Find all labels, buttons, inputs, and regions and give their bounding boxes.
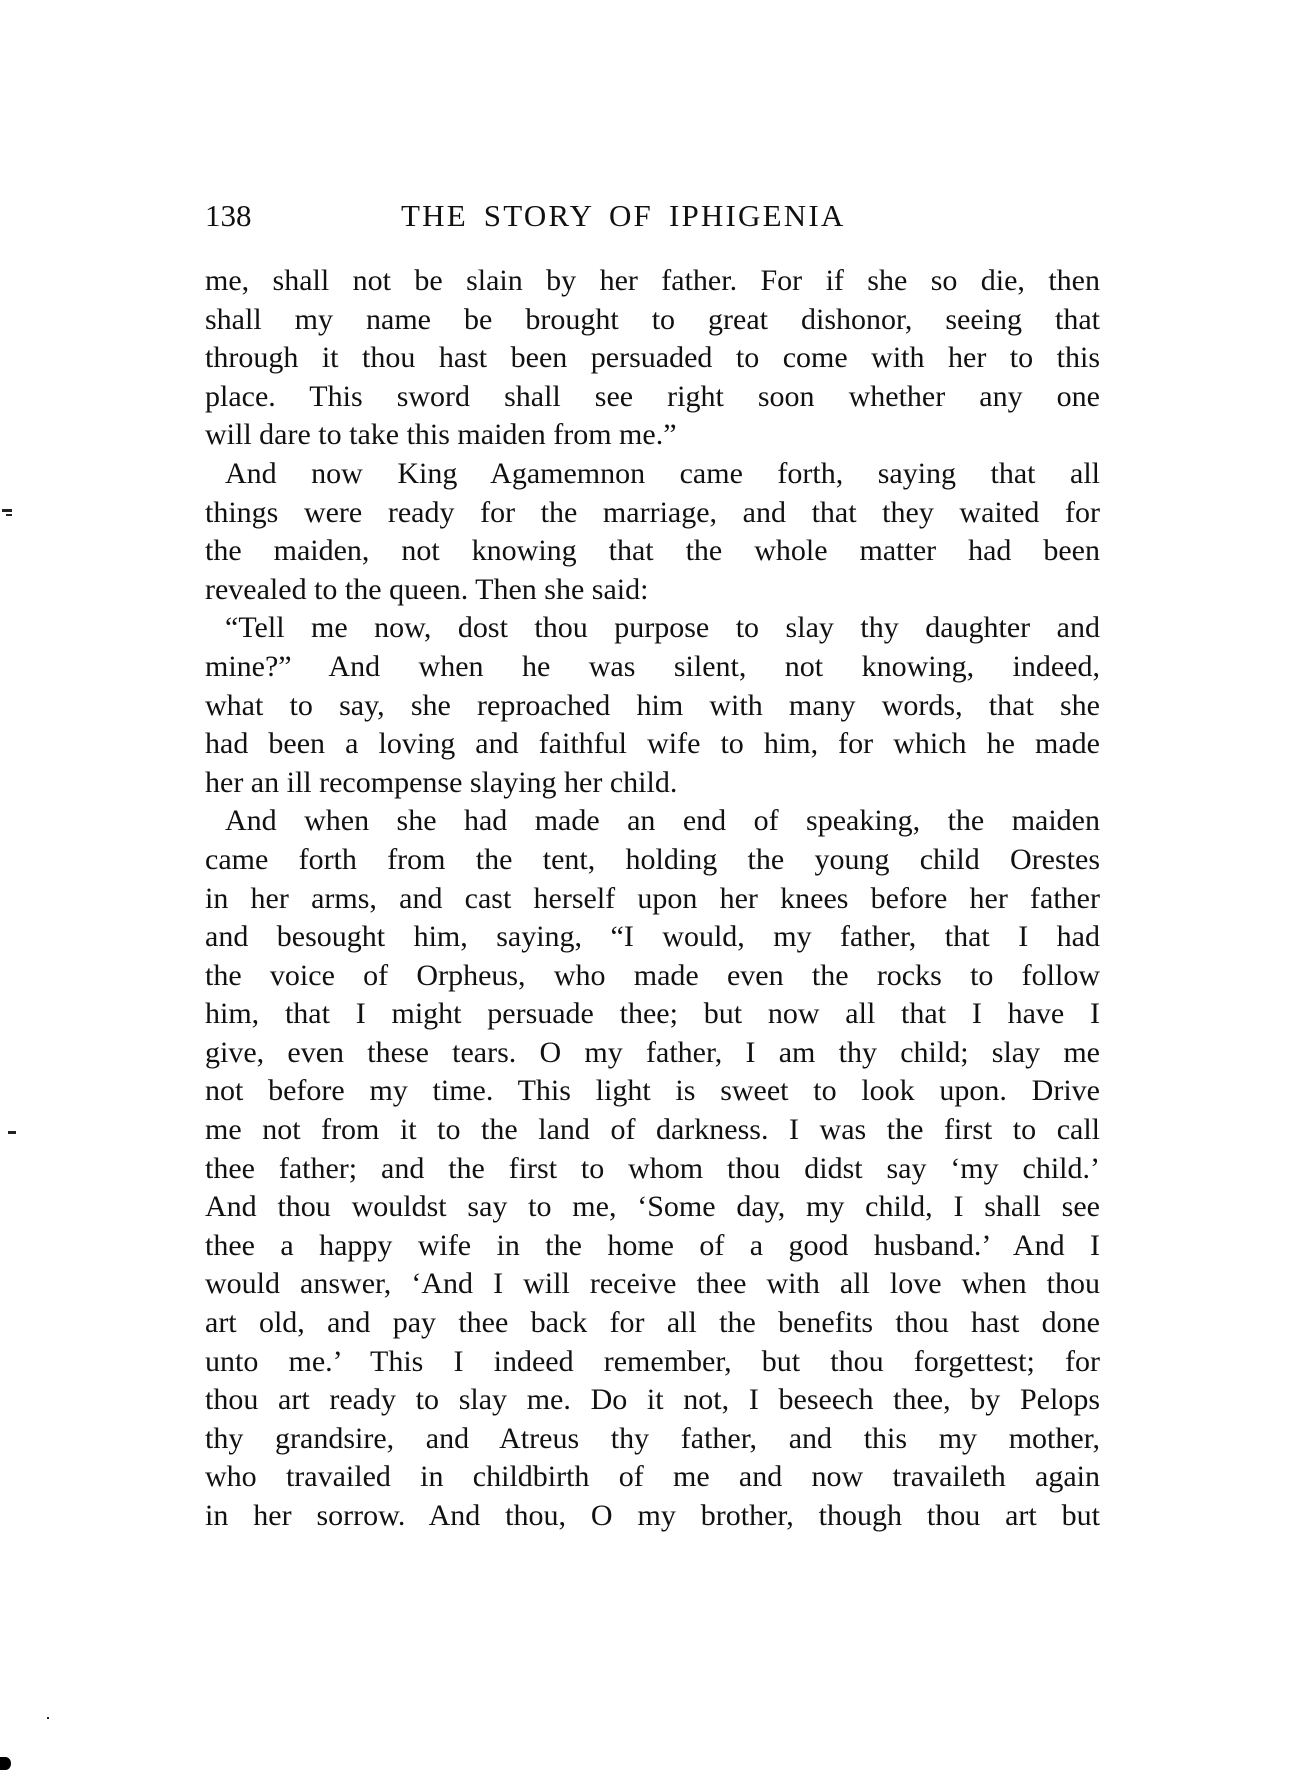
text-line: the maiden, not knowing that the whole m… — [205, 532, 1100, 571]
text-line: me not from it to the land of darkness. … — [205, 1111, 1100, 1150]
text-line: would answer, ‘And I will receive thee w… — [205, 1265, 1100, 1304]
text-line: came forth from the tent, holding the yo… — [205, 841, 1100, 880]
scan-speck — [2, 509, 12, 512]
text-line: mine?” And when he was silent, not knowi… — [205, 648, 1100, 687]
text-line: And now King Agamemnon came forth, sayin… — [205, 455, 1100, 494]
text-line: will dare to take this maiden from me.” — [205, 416, 1100, 455]
text-line: shall my name be brought to great dishon… — [205, 301, 1100, 340]
text-line: things were ready for the marriage, and … — [205, 494, 1100, 533]
text-line: thee a happy wife in the home of a good … — [205, 1227, 1100, 1266]
text-line: thee father; and the first to whom thou … — [205, 1150, 1100, 1189]
text-line: art old, and pay thee back for all the b… — [205, 1304, 1100, 1343]
text-line: her an ill recompense slaying her child. — [205, 764, 1100, 803]
text-line: through it thou hast been persuaded to c… — [205, 339, 1100, 378]
text-line: in her sorrow. And thou, O my brother, t… — [205, 1497, 1100, 1536]
book-page: 138 THE STORY OF IPHIGENIA me, shall not… — [0, 0, 1300, 1787]
text-line: not before my time. This light is sweet … — [205, 1072, 1100, 1111]
paragraph: And when she had made an end of speaking… — [205, 802, 1100, 1535]
text-line: the voice of Orpheus, who made even the … — [205, 957, 1100, 996]
text-line: place. This sword shall see right soon w… — [205, 378, 1100, 417]
text-line: him, that I might persuade thee; but now… — [205, 995, 1100, 1034]
text-line: unto me.’ This I indeed remember, but th… — [205, 1343, 1100, 1382]
text-line: had been a loving and faithful wife to h… — [205, 725, 1100, 764]
text-line: what to say, she reproached him with man… — [205, 687, 1100, 726]
scan-speck — [6, 514, 12, 516]
paragraph: And now King Agamemnon came forth, sayin… — [205, 455, 1100, 609]
text-line: “Tell me now, dost thou purpose to slay … — [205, 609, 1100, 648]
text-line: who travailed in childbirth of me and no… — [205, 1458, 1100, 1497]
page-number: 138 — [205, 196, 252, 236]
text-line: thou art ready to slay me. Do it not, I … — [205, 1381, 1100, 1420]
text-line: in her arms, and cast herself upon her k… — [205, 880, 1100, 919]
text-line: me, shall not be slain by her father. Fo… — [205, 262, 1100, 301]
running-title: THE STORY OF IPHIGENIA — [401, 196, 845, 236]
text-line: And thou wouldst say to me, ‘Some day, m… — [205, 1188, 1100, 1227]
scan-speck — [8, 1131, 16, 1134]
paragraph: “Tell me now, dost thou purpose to slay … — [205, 609, 1100, 802]
running-head: 138 THE STORY OF IPHIGENIA — [205, 196, 1098, 236]
scan-blot — [0, 1757, 11, 1770]
paragraph: me, shall not be slain by her father. Fo… — [205, 262, 1100, 455]
text-line: revealed to the queen. Then she said: — [205, 571, 1100, 610]
text-line: and besought him, saying, “I would, my f… — [205, 918, 1100, 957]
text-line: give, even these tears. O my father, I a… — [205, 1034, 1100, 1073]
scan-speck — [47, 1717, 49, 1719]
text-line: And when she had made an end of speaking… — [205, 802, 1100, 841]
body-text: me, shall not be slain by her father. Fo… — [205, 262, 1100, 1536]
text-line: thy grandsire, and Atreus thy father, an… — [205, 1420, 1100, 1459]
